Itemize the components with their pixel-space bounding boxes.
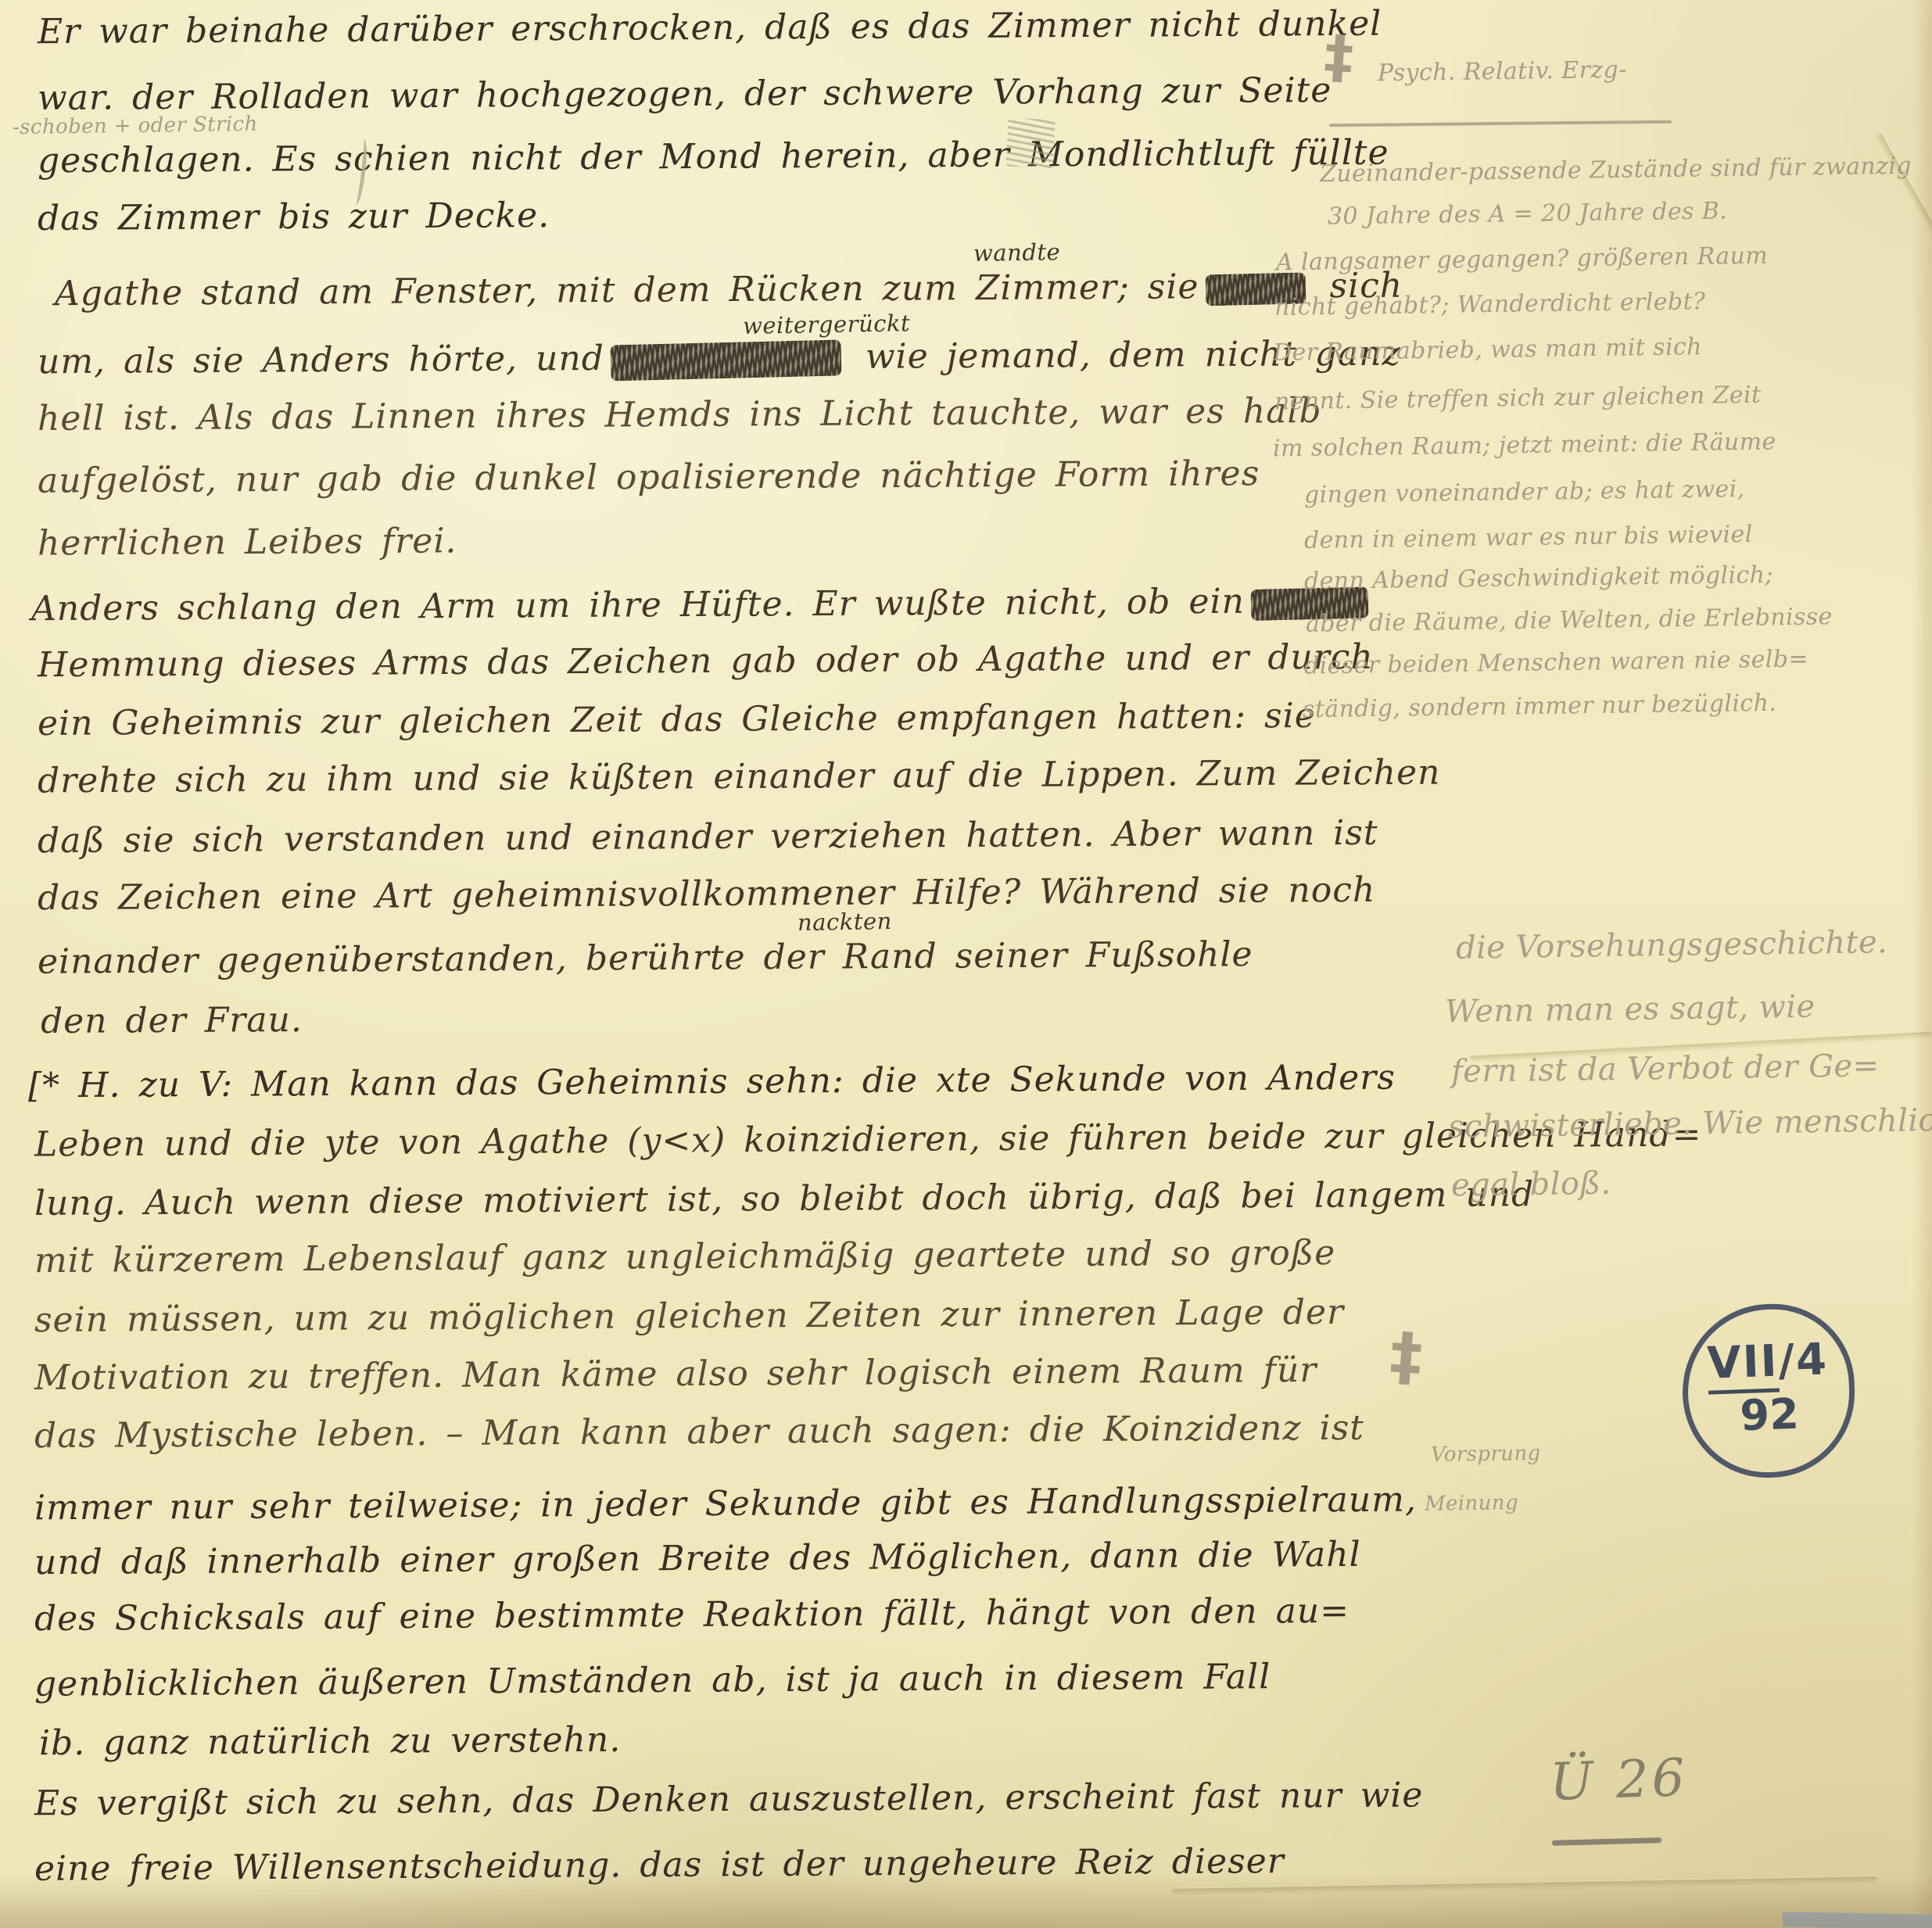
margin-note-line: schwisterliebe. Wie menschlich- <box>1448 1102 1932 1145</box>
margin-note-line: Der Raumabrieb, was man mit sich <box>1273 333 1702 367</box>
manuscript-line: ein Geheimnis zur gleichen Zeit das Glei… <box>38 696 1316 744</box>
manuscript-line: mit kürzerem Lebenslauf ganz ungleichmäß… <box>34 1233 1335 1281</box>
pencil-underline <box>1552 1837 1661 1846</box>
margin-word: Vorsprung <box>1431 1442 1541 1467</box>
manuscript-line: einander gegenüberstanden, berührte der … <box>38 934 1253 981</box>
manuscript-line: das Zimmer bis zur Decke. <box>38 195 550 238</box>
manuscript-line: war. der Rolladen war hochgezogen, der s… <box>38 70 1332 118</box>
pencil-interlinear-note: -schoben + oder Strich <box>13 113 258 139</box>
pencil-scribble <box>1005 117 1055 168</box>
margin-note-line: im solchen Raum; jetzt meint: die Räume <box>1273 428 1776 463</box>
archive-folder-number: VII/4 <box>1686 1333 1849 1389</box>
manuscript-line: genblicklichen äußeren Umständen ab, ist… <box>34 1657 1271 1704</box>
margin-note-line: denn in einem war es nur bis wieviel <box>1304 521 1753 554</box>
manuscript-line: drehte sich zu ihm und sie küßten einand… <box>38 753 1441 801</box>
reference-cross-icon: ‡ <box>1388 1319 1425 1396</box>
manuscript-line: Motivation zu treffen. Man käme also seh… <box>34 1350 1317 1398</box>
margin-note-line: dieser beiden Menschen waren nie selb= <box>1304 645 1808 679</box>
manuscript-line: lung. Auch wenn diese motiviert ist, so … <box>34 1174 1534 1224</box>
folder-suffix: /4 <box>1777 1334 1829 1386</box>
margin-heading: Psych. Relativ. Erzg- <box>1378 56 1627 87</box>
manuscript-line: geschlagen. Es schien nicht der Mond her… <box>38 133 1389 181</box>
margin-note-line: 30 Jahre des A = 20 Jahre des B. <box>1328 197 1728 230</box>
interlinear-correction: weitergerückt <box>743 310 911 339</box>
margin-note-line: ständig, sondern immer nur bezüglich. <box>1303 690 1777 723</box>
manuscript-line: Hemmung dieses Arms das Zeichen gab oder… <box>38 637 1374 685</box>
manuscript-line: herrlichen Leibes frei. <box>38 521 457 563</box>
line-text: Anders schlang den Arm um ihre Hüfte. Er… <box>31 582 1245 629</box>
margin-note-line: denn Abend Geschwindigkeit möglich; <box>1304 561 1773 595</box>
manuscript-line: das Mystische leben. – Man kann aber auc… <box>34 1408 1364 1456</box>
manuscript-line: um, als sie Anders hörte, und wie jemand… <box>38 334 1401 382</box>
manuscript-line: des Schicksals auf eine bestimmte Reakti… <box>34 1591 1350 1639</box>
manuscript-line: [* H. zu V: Man kann das Geheimnis sehn:… <box>28 1058 1396 1106</box>
manuscript-line: daß sie sich verstanden und einander ver… <box>38 813 1378 861</box>
archive-signature-stamp: VII/4 92 <box>1679 1301 1858 1481</box>
manuscript-line: eine freie Willensentscheidung. das ist … <box>34 1841 1285 1889</box>
manuscript-line: und daß innerhalb einer großen Breite de… <box>34 1535 1361 1582</box>
ink-strikeout-scribble <box>610 339 841 381</box>
line-text: um, als sie Anders hörte, und <box>38 339 604 382</box>
manuscript-line: Er war beinahe darüber erschrocken, daß … <box>38 4 1382 52</box>
manuscript-line: immer nur sehr teilweise; in jeder Sekun… <box>34 1480 1417 1528</box>
interlinear-correction: nackten <box>798 908 892 936</box>
manuscript-line: Anders schlang den Arm um ihre Hüfte. Er… <box>31 581 1375 629</box>
margin-note-line: nennt. Sie treffen sich zur gleichen Zei… <box>1274 382 1762 416</box>
manuscript-page: Er war beinahe darüber erschrocken, daß … <box>0 0 1932 1928</box>
margin-note-line: gingen voneinander ab; es hat zwei, <box>1304 475 1745 509</box>
manuscript-line: Agathe stand am Fenster, mit dem Rücken … <box>55 266 1403 314</box>
margin-note-line: nicht gehabt?; Wanderdicht erlebt? <box>1274 288 1706 321</box>
scan-edge <box>1783 1912 1932 1928</box>
margin-note-line: A langsamer gegangen? größeren Raum <box>1276 242 1769 277</box>
manuscript-line: das Zeichen eine Art geheimnisvollkommen… <box>38 870 1376 918</box>
manuscript-line: ib. ganz natürlich zu verstehn. <box>39 1720 622 1764</box>
manuscript-line: sein müssen, um zu möglichen gleichen Ze… <box>34 1292 1344 1340</box>
manuscript-line: den der Frau. <box>41 1000 303 1041</box>
scan-edge <box>1912 0 1932 1928</box>
manuscript-line: aufgelöst, nur gab die dunkel opalisiere… <box>38 453 1260 501</box>
reference-cross-icon: ‡ <box>1322 23 1356 91</box>
margin-note-line: Zueinander-passende Zustände sind für zw… <box>1320 152 1912 188</box>
pencil-page-number: Ü 26 <box>1549 1747 1689 1812</box>
line-text: Agathe stand am Fenster, mit dem Rücken … <box>55 267 1199 314</box>
margin-note-line: egal bloß. <box>1451 1166 1611 1204</box>
margin-word: Meinung <box>1425 1491 1518 1516</box>
margin-note-line: aber die Räume, die Welten, die Erlebnis… <box>1306 603 1833 637</box>
manuscript-line: Es vergißt sich zu sehn, das Denken ausz… <box>34 1776 1424 1824</box>
roman-numeral: VII <box>1706 1336 1779 1395</box>
manuscript-line: hell ist. Als das Linnen ihres Hemds ins… <box>38 391 1322 439</box>
margin-note-line: Wenn man es sagt, wie <box>1445 989 1816 1030</box>
archive-page-number: 92 <box>1688 1387 1851 1442</box>
interlinear-correction: wandte <box>973 238 1061 267</box>
margin-note-line: die Vorsehungsgeschichte. <box>1456 924 1888 966</box>
pencil-underline <box>1329 120 1672 127</box>
